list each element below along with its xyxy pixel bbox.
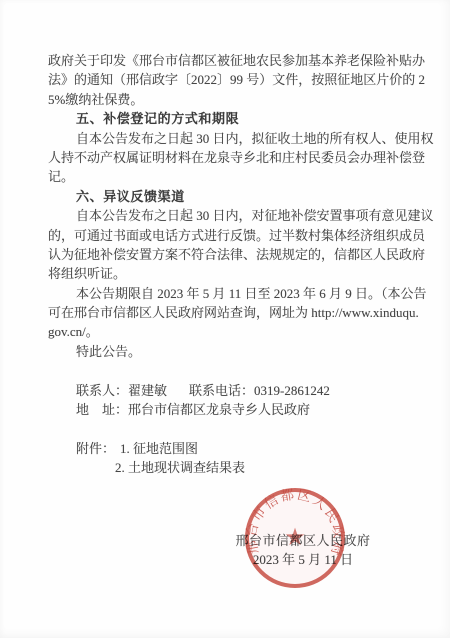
contact-person-label: 联系人： <box>76 383 128 398</box>
section-heading-5: 五、补偿登记的方式和期限 <box>48 109 416 128</box>
address-line: 地 址：邢台市信都区龙泉寺乡人民政府 <box>48 400 416 419</box>
body-line: 记。 <box>48 167 416 186</box>
body-line: 可在邢台市信都区人民政府网站查询，网址为 http://www.xinduqu. <box>48 303 416 322</box>
signature-block: 邢台市信都区人民政府 2023 年 5 月 11 日 <box>228 532 378 569</box>
blank-line <box>48 361 416 380</box>
attachments-line-2: 2. 土地现状调查结果表 <box>48 458 416 477</box>
scanned-notice-page: 政府关于印发《邢台市信都区被征地农民参加基本养老保险补贴办 法》的通知（邢信政字… <box>0 0 450 638</box>
body-line: 将组织听证。 <box>48 264 416 283</box>
body-line: 人持不动产权属证明材料在龙泉寺乡北和庄村民委员会办理补偿登 <box>48 148 416 167</box>
section-heading-6: 六、异议反馈渠道 <box>48 187 416 206</box>
body-line: 自本公告发布之日起 30 日内，对征地补偿安置事项有意见建议 <box>48 206 416 225</box>
contact-line: 联系人：翟建敏联系电话：0319-2861242 <box>48 381 416 400</box>
issuer-name: 邢台市信都区人民政府 <box>228 532 378 550</box>
body-line: 5%缴纳社保费。 <box>48 90 416 109</box>
contact-person: 翟建敏 <box>128 383 167 398</box>
blank-line <box>48 419 416 438</box>
issue-date: 2023 年 5 月 11 日 <box>228 551 378 569</box>
notice-body: 政府关于印发《邢台市信都区被征地农民参加基本养老保险补贴办 法》的通知（邢信政字… <box>48 51 416 478</box>
address-value: 邢台市信都区龙泉寺乡人民政府 <box>128 402 310 417</box>
attachments-label: 附件： <box>76 441 115 456</box>
body-line: 本公告期限自 2023 年 5 月 11 日至 2023 年 6 月 9 日。（… <box>48 284 416 303</box>
body-line: gov.cn/。 <box>48 322 416 341</box>
body-line: 认为征地补偿安置方案不符合法律、法规规定的，信都区人民政府 <box>48 245 416 264</box>
address-label: 地 址： <box>76 402 128 417</box>
body-line: 法》的通知（邢信政字〔2022〕99 号）文件，按照征地区片价的 2 <box>48 70 416 89</box>
contact-phone: 0319-2861242 <box>254 383 330 398</box>
attachment-item-2: 2. 土地现状调查结果表 <box>115 460 245 475</box>
body-line: 政府关于印发《邢台市信都区被征地农民参加基本养老保险补贴办 <box>48 51 416 70</box>
body-line: 的，可通过书面或电话方式进行反馈。过半数村集体经济组织成员 <box>48 226 416 245</box>
body-line: 自本公告发布之日起 30 日内，拟征收土地的所有权人、使用权 <box>48 129 416 148</box>
closing-line: 特此公告。 <box>48 342 416 361</box>
attachment-item-1: 1. 征地范围图 <box>120 441 198 456</box>
attachments-line-1: 附件：1. 征地范围图 <box>48 439 416 458</box>
contact-phone-label: 联系电话： <box>189 383 254 398</box>
